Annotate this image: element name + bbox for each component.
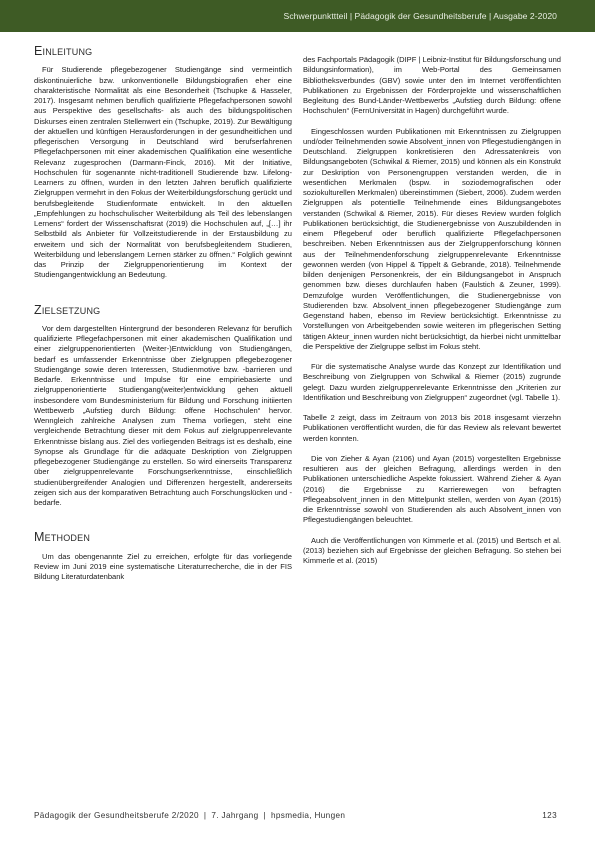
running-header-bar: Schwerpunkttteil | Pädagogik der Gesundh… [0, 0, 595, 32]
paragraph-einleitung: Für Studierende pflegebezogener Studieng… [34, 65, 292, 280]
page-number: 123 [542, 811, 557, 820]
footer-publisher: hpsmedia, Hungen [271, 811, 345, 820]
footer-citation: Pädagogik der Gesundheitsberufe 2/2020|7… [34, 811, 345, 820]
section-heading-zielsetzung: Zielsetzung [34, 305, 292, 315]
paragraph-analysis-concept: Für die systematische Analyse wurde das … [303, 362, 561, 403]
footer-journal: Pädagogik der Gesundheitsberufe 2/2020 [34, 811, 199, 820]
paragraph-zieher-ayan: Die von Zieher & Ayan (2106) und Ayan (2… [303, 454, 561, 526]
page-footer: Pädagogik der Gesundheitsberufe 2/2020|7… [34, 811, 557, 820]
paragraph-inclusion-criteria: Eingeschlossen wurden Publikationen mit … [303, 127, 561, 353]
paragraph-zielsetzung: Vor dem dargestellten Hintergrund der be… [34, 324, 292, 509]
paragraph-methoden: Um das obengenannte Ziel zu erreichen, e… [34, 552, 292, 583]
footer-volume: 7. Jahrgang [211, 811, 258, 820]
footer-separator: | [263, 811, 265, 820]
paragraph-continued: des Fachportals Pädagogik (DIPF | Leibni… [303, 55, 561, 117]
section-heading-einleitung: Einleitung [34, 46, 292, 56]
paragraph-table-2-summary: Tabelle 2 zeigt, dass im Zeitraum von 20… [303, 413, 561, 444]
paragraph-kimmerle-bertsch: Auch die Veröffentlichungen von Kimmerle… [303, 536, 561, 567]
section-heading-methoden: Methoden [34, 532, 292, 542]
right-column: des Fachportals Pädagogik (DIPF | Leibni… [303, 55, 561, 566]
left-column: Einleitung Für Studierende pflegebezogen… [34, 44, 292, 582]
footer-separator: | [204, 811, 206, 820]
running-header-title: Schwerpunkttteil | Pädagogik der Gesundh… [284, 11, 557, 21]
